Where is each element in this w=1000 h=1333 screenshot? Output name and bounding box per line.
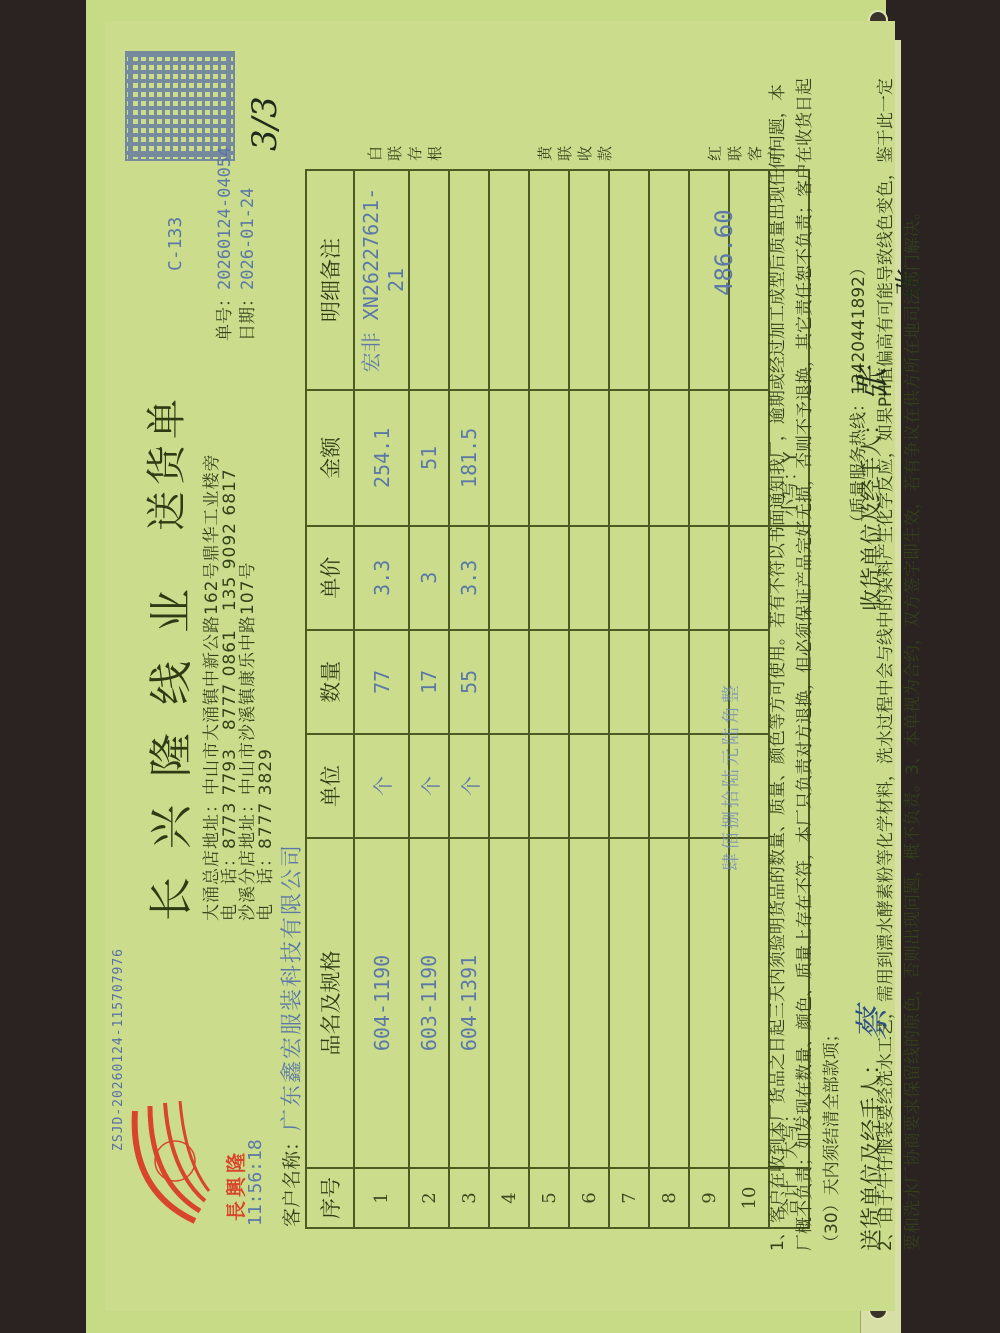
cell-price [649,526,689,630]
cell-price [489,526,529,630]
cell-note [409,170,449,390]
cell-amount [489,390,529,526]
cell-seq: 2 [409,1168,449,1228]
address-line-4: 电 话：8777 3829 [251,748,276,921]
cell-name [529,838,569,1168]
cell-name [649,838,689,1168]
cell-price: 3.3 [354,526,409,630]
cell-name [729,838,769,1168]
cell-name: 604-1391 [449,838,489,1168]
cell-seq: 6 [569,1168,609,1228]
cell-unit [489,734,529,838]
cell-qty: 17 [409,630,449,734]
cell-price [729,526,769,630]
order-number: 单号：20260124-04054 [210,147,235,341]
cell-note: 宏非 XN26227621-21 [354,170,409,390]
cell-qty: 77 [354,630,409,734]
copy-label-white: 白联存根 [365,143,445,161]
sender-signature: 蔡 [845,1007,894,1041]
cell-seq: 5 [529,1168,569,1228]
cell-amount [729,390,769,526]
cell-note [649,170,689,390]
cell-qty: 55 [449,630,489,734]
cell-amount [529,390,569,526]
cell-name [569,838,609,1168]
header-note: 明细备注 [306,170,354,390]
cell-price [609,526,649,630]
cell-seq: 10 [729,1168,769,1228]
cell-amount: 254.1 [354,390,409,526]
customer-label: 客户名称： [277,1132,304,1227]
cell-note [609,170,649,390]
cell-amount [609,390,649,526]
term-1: 1、客户在收到本厂货品之日起三天内须验明货品的数量、质量、颜色等方可使用。若有不… [765,71,846,1251]
table-row: 5 [529,170,569,1228]
cell-amount [689,390,729,526]
cell-note [449,170,489,390]
table-row: 4 [489,170,529,1228]
cell-note [529,170,569,390]
terms: 1、客户在收到本厂货品之日起三天内须验明货品的数量、质量、颜色等方可使用。若有不… [765,71,927,1251]
cell-qty [609,630,649,734]
amount-in-words: 肆佰捌拾陆元陆角整 [717,682,743,871]
cell-name [689,838,729,1168]
cell-name: 604-1190 [354,838,409,1168]
cell-unit: 个 [409,734,449,838]
company-logo-icon [125,1091,215,1231]
cell-seq: 8 [649,1168,689,1228]
cell-qty [649,630,689,734]
qr-code-icon [125,51,235,161]
cell-amount: 51 [409,390,449,526]
cell-unit [609,734,649,838]
table-row: 2603-1190个17351 [409,170,449,1228]
cell-seq: 3 [449,1168,489,1228]
receiver-signature: 张 [845,367,894,401]
cell-qty [529,630,569,734]
total-amount: 486.60 [710,209,738,296]
cell-name [609,838,649,1168]
customer-name: 广东鑫宏服装科技有限公司 [275,843,306,1131]
receiver-signature-label: 收货单位及经手人： [855,413,886,611]
table-row: 1604-1190个773.3254.1宏非 XN26227621-21 [354,170,409,1228]
cell-amount [569,390,609,526]
document-type: 送货单 [135,393,192,531]
cell-seq: 9 [689,1168,729,1228]
print-time: 11:56:18 [245,1139,266,1226]
cell-unit [649,734,689,838]
cell-unit: 个 [354,734,409,838]
cell-amount: 181.5 [449,390,489,526]
table-row: 3604-1391个553.3181.5 [449,170,489,1228]
page-count-handwritten: 3/3 [245,96,285,151]
table-header: 序号 品名及规格 单位 数量 单价 金额 明细备注 [306,170,354,1228]
margin-signature: 张 [885,271,929,301]
header-qty: 数量 [306,630,354,734]
header-unit: 单位 [306,734,354,838]
cell-price [689,526,729,630]
cell-qty [489,630,529,734]
cell-amount [649,390,689,526]
cell-price [529,526,569,630]
cell-seq: 7 [609,1168,649,1228]
cell-price [569,526,609,630]
cell-name: 603-1190 [409,838,449,1168]
header-seq: 序号 [306,1168,354,1228]
cell-seq: 1 [354,1168,409,1228]
cell-seq: 4 [489,1168,529,1228]
sender-signature-label: 送货单位及经手人： [855,1053,886,1251]
cell-note [489,170,529,390]
table-row: 7 [609,170,649,1228]
order-date: 日期：2026-01-24 [233,188,258,341]
company-name: 长兴隆线业 [135,561,199,921]
delivery-note: ZSJD-20260124-115707976 長興隆 长兴隆线业 送货单 大涌… [105,21,895,1311]
cell-name [489,838,529,1168]
table-row: 8 [649,170,689,1228]
cell-qty [569,630,609,734]
header-name: 品名及规格 [306,838,354,1168]
serial-number: ZSJD-20260124-115707976 [111,948,126,1151]
cell-unit [529,734,569,838]
table-row: 6 [569,170,609,1228]
cell-price: 3.3 [449,526,489,630]
cell-note [569,170,609,390]
cell-price: 3 [409,526,449,630]
header-amount: 金额 [306,390,354,526]
header-price: 单价 [306,526,354,630]
document-code: C-133 [165,217,186,271]
header: ZSJD-20260124-115707976 長興隆 长兴隆线业 送货单 大涌… [105,21,265,1311]
cell-unit [569,734,609,838]
cell-unit: 个 [449,734,489,838]
copy-label-yellow: 黄联收款 [535,143,615,161]
